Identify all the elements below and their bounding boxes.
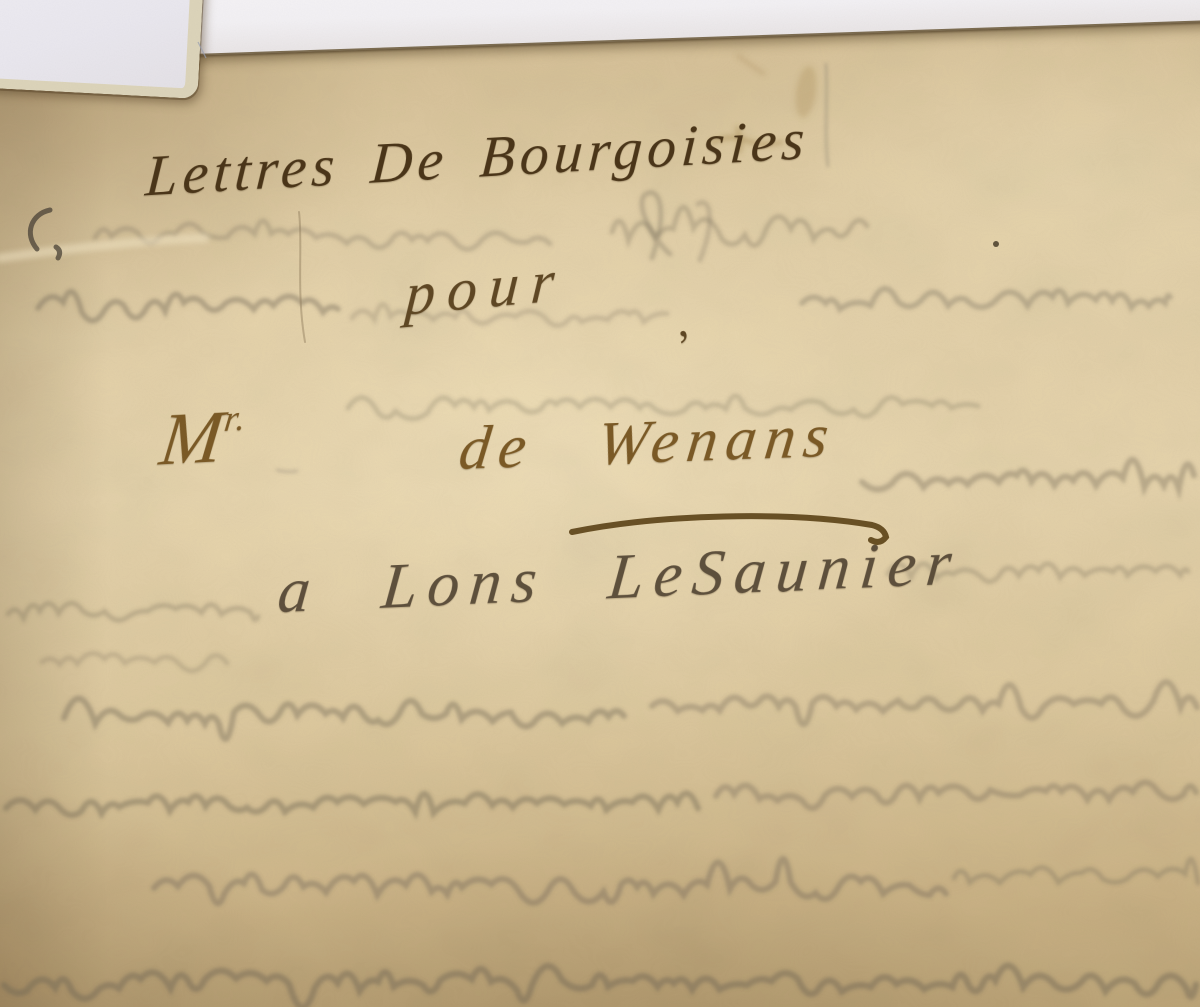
inscription-monsieur-abbreviation: Mr.	[155, 394, 250, 484]
inscription-line-pour: pour	[403, 246, 569, 330]
monsieur-superscript: r.	[222, 398, 250, 440]
inscription-recipient-name: de Wenans	[455, 401, 840, 485]
manuscript-photo: Lettres De Bourgoisies pour , Mr. de Wen…	[0, 0, 1200, 1007]
cream-paper-card	[0, 0, 205, 99]
monsieur-initial: M	[156, 396, 228, 482]
